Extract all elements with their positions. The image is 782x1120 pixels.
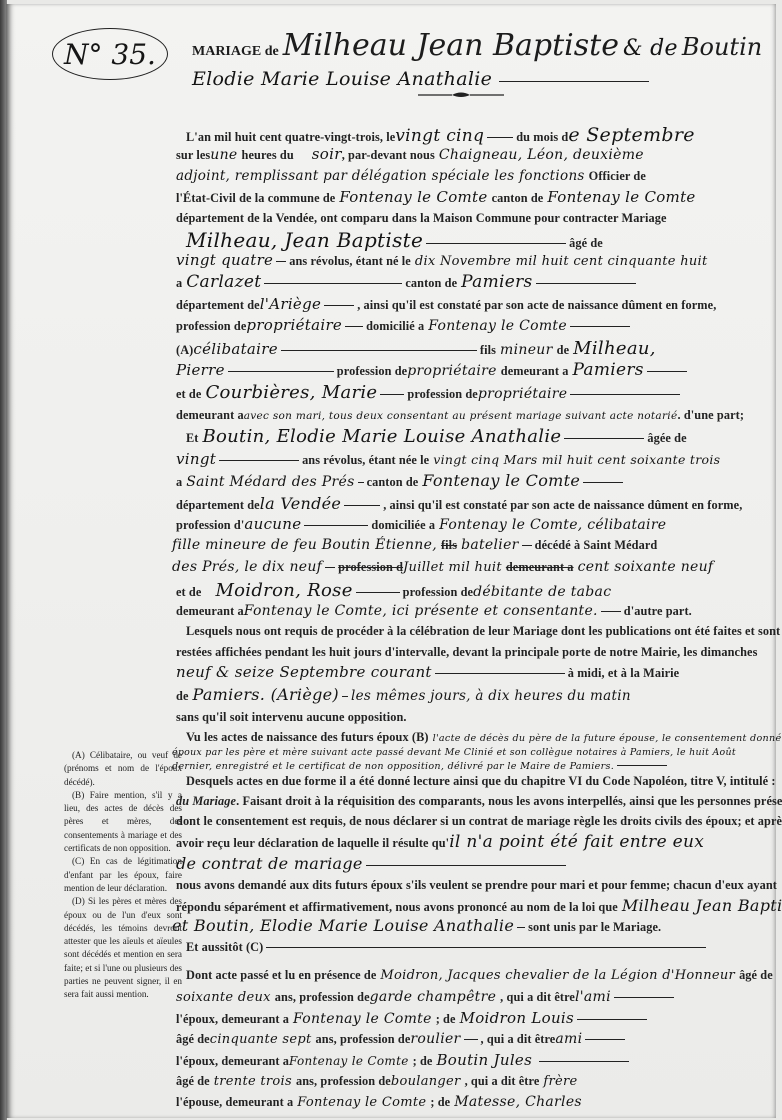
bride-line-7: des Prés, le dix neufprofession dJuillet… — [172, 558, 713, 576]
groom-father-first-field: Pierre — [176, 361, 225, 379]
bride-title-first: Elodie Marie Louise Anathalie — [192, 68, 492, 90]
bride-father-field: fille mineure de feu Boutin Étienne, — [172, 537, 437, 553]
bride-mother-field: Moidron, Rose — [215, 580, 352, 601]
bride-line-9: demeurant aFontenay le Comte, ici présen… — [176, 602, 692, 620]
title-line-2: Elodie Marie Louise Anathalie — [192, 68, 652, 90]
groom-profession-field: propriétaire — [246, 316, 342, 334]
print-text: canton de — [405, 276, 457, 290]
bride-line-6: fille mineure de feu Boutin Étienne, fil… — [172, 536, 657, 554]
title-print: MARIAGE de — [192, 44, 279, 59]
struck-print-text: fils — [441, 538, 457, 552]
bride-profession-field: aucune — [244, 515, 301, 533]
date-line-4: l'État-Civil de la commune de Fontenay l… — [176, 188, 696, 207]
witness-4-name-field: Matesse, Charles — [454, 1094, 582, 1110]
groom-father-residence-field: Pamiers — [572, 360, 643, 380]
publication-hour-field: les mêmes jours, à dix heures du matin — [351, 688, 631, 704]
print-text: Et aussitôt (C) — [186, 940, 263, 954]
print-text: l'épouse, demeurant a — [176, 1095, 293, 1109]
print-text: profession d' — [176, 518, 244, 532]
bride-birth-place-field: Saint Médard des Prés — [186, 474, 354, 490]
witness-1-name-field: Moidron, Jacques chevalier de la Légion … — [380, 968, 735, 983]
print-text: demeurant a — [176, 408, 244, 422]
bride-canton-field: Fontenay le Comte — [422, 471, 580, 490]
note-marker: (A) — [176, 343, 193, 357]
actes-line-11: et Boutin, Elodie Marie Louise Anathalie… — [172, 916, 661, 936]
groom-line-7: Pierreprofession depropriétaire demeuran… — [176, 360, 690, 380]
bride-father-death-date-cont: Juillet mil huit — [403, 560, 502, 575]
print-text: Et — [186, 431, 199, 445]
groom-mother-field: Courbières, Marie — [205, 382, 377, 403]
print-text: ; de — [413, 1054, 433, 1068]
groom-status-field: célibataire — [193, 340, 278, 358]
print-text: ans révolus, étant né le — [289, 254, 411, 268]
bride-age-field: vingt — [176, 450, 216, 468]
witness-line-1: Dont acte passé et lu en présence de Moi… — [186, 966, 773, 984]
witness-line-4: âgé decinquante sept ans, profession der… — [176, 1030, 628, 1048]
print-text: , qui a dit être — [500, 990, 575, 1004]
print-text: d'autre part. — [624, 604, 692, 618]
groom-line-2: vingt quatreans révolus, étant né le dix… — [176, 251, 708, 270]
title-line-1: MARIAGE de Milheau Jean Baptiste & de Bo… — [192, 28, 762, 63]
bride-dept-field: la Vendée — [260, 494, 341, 513]
witness-2-name-field: Moidron Louis — [460, 1009, 574, 1027]
groom-father-prof-field: propriétaire — [407, 363, 497, 379]
print-text: domiciliée a — [371, 518, 435, 532]
groom-line-4: département del'Ariège, ainsi qu'il est … — [176, 295, 716, 314]
witness-line-5: l'époux, demeurant aFontenay le Comte ; … — [176, 1051, 632, 1070]
groom-dept-field: l'Ariège — [260, 295, 321, 313]
print-text: demeurant a — [176, 604, 244, 618]
ornament-divider-icon — [418, 92, 504, 98]
groom-age-field: vingt quatre — [176, 251, 273, 269]
witness-line-2: soixante deux ans, profession degarde ch… — [176, 988, 677, 1006]
contract-field-cont: de contrat de mariage — [176, 854, 363, 873]
print-text: l'époux, demeurant a — [176, 1012, 289, 1026]
groom-canton-field: Pamiers — [461, 272, 532, 292]
groom-line-6: (A)célibatairefils mineur de Milheau, — [176, 338, 656, 359]
publications-line-2: restées affichées pendant les huit jours… — [176, 643, 757, 661]
print-text: , ainsi qu'il est constaté par son acte … — [357, 298, 716, 312]
date-line-1: L'an mil huit cent quatre-vingt-trois, l… — [186, 124, 695, 146]
date-line-5: département de la Vendée, ont comparu da… — [176, 209, 667, 227]
groom-declared-name: Milheau Jean Baptiste — [622, 896, 782, 915]
groom-line-9: demeurant aavec son mari, tous deux cons… — [176, 406, 744, 424]
actes-mention-cont: dernier, enregistré et le certificat de … — [172, 761, 614, 772]
register-page: N° 35. MARIAGE de Milheau Jean Baptiste … — [6, 4, 776, 1118]
date-line-3: adjoint, remplissant par délégation spéc… — [176, 167, 646, 185]
print-text: du mois d — [516, 130, 568, 144]
groom-birth-date-field: dix Novembre mil huit cent cinquante hui… — [415, 254, 708, 269]
actes-line-7: avoir reçu leur déclaration de laquelle … — [176, 832, 704, 852]
hour-field: une — [210, 147, 237, 163]
witness-3-name-field: Boutin Jules — [436, 1051, 532, 1069]
publications-line-4: de Pamiers. (Ariège)les mêmes jours, à d… — [176, 685, 631, 705]
print-text: demeurant a — [501, 364, 569, 378]
print-text: ans, profession de — [316, 1032, 411, 1046]
publications-line-5: sans qu'il soit intervenu aucune opposit… — [176, 708, 407, 726]
note-d: (D) Si les pères et mères des époux ou d… — [64, 895, 182, 1001]
witness-1-residence-field: Fontenay le Comte — [293, 1011, 432, 1027]
bride-father-prof-field: batelier — [461, 537, 519, 553]
act-number-badge: N° 35. — [52, 28, 168, 80]
bride-father-death-date-field: des Prés, le dix neuf — [172, 559, 322, 575]
print-text: avoir reçu leur déclaration de laquelle … — [176, 836, 449, 850]
note-a: (A) Célibataire, ou veuf de (prénoms et … — [64, 749, 182, 789]
print-text: et de — [176, 387, 201, 401]
date-line-2: sur lesune heures du soir, par-devant no… — [176, 145, 644, 164]
witness-line-3: l'époux, demeurant a Fontenay le Comte ;… — [176, 1009, 650, 1028]
print-text: âgé de — [176, 1032, 210, 1046]
bride-title-last: Boutin — [682, 33, 762, 61]
actes-line-6: dont le consentement est requis, de nous… — [176, 812, 782, 830]
print-text: profession de — [407, 387, 477, 401]
bride-mother-prof-field: débitante de tabac — [473, 584, 611, 600]
struck-print-text: demeurant a — [506, 560, 574, 574]
witness-1-prof-field: garde champêtre — [370, 989, 497, 1005]
commune-field: Fontenay le Comte — [339, 188, 487, 206]
aussitot-line: Et aussitôt (C) — [186, 938, 709, 956]
actes-line-10: répondu séparément et affirmativement, n… — [176, 896, 782, 916]
print-text: l'État-Civil de la commune de — [176, 191, 335, 205]
actes-line-5: du Mariage. Faisant droit à la réquisiti… — [176, 792, 782, 810]
bride-line-8: et de Moidron, Roseprofession dedébitant… — [176, 580, 611, 601]
actes-line-8: de contrat de mariage — [176, 854, 569, 874]
groom-line-1: Milheau, Jean Baptisteâgé de — [186, 228, 603, 252]
witness-2-age-field: cinquante sept — [210, 1032, 312, 1047]
print-text: ; de — [430, 1095, 450, 1109]
groom-father-last-field: Milheau, — [573, 338, 656, 359]
actes-line-4: Desquels actes en due forme il a été don… — [186, 772, 776, 790]
print-text: âgé de — [176, 1074, 210, 1088]
witness-1-relation-field: l'ami — [575, 989, 611, 1005]
print-text: , ainsi qu'il est constaté par son acte … — [383, 498, 742, 512]
print-text: à midi, et à la Mairie — [568, 666, 679, 680]
print-text: , qui a dit être — [465, 1074, 540, 1088]
print-text: Desquels actes en due forme il a été don… — [186, 774, 776, 788]
witness-2-relation-field: ami — [555, 1031, 582, 1047]
bride-line-2: vingtans révolus, étant née le vingt cin… — [176, 450, 720, 469]
print-text: âgé de — [739, 968, 773, 982]
print-text: Officier de — [589, 169, 646, 183]
print-text: , par-devant nous — [342, 148, 435, 162]
contract-field: il n'a point été fait entre eux — [449, 832, 704, 852]
margin-notes: (A) Célibataire, ou veuf de (prénoms et … — [64, 749, 182, 1002]
month-field: e Septembre — [568, 124, 694, 146]
print-text: décédé à Saint Médard — [535, 538, 658, 552]
bride-domicile-field: Fontenay le Comte, célibataire — [439, 517, 666, 533]
publications-line-3: neuf & seize Septembre courantà midi, et… — [176, 663, 679, 682]
bride-name-field: Boutin, Elodie Marie Louise Anathalie — [203, 426, 562, 447]
bride-line-4: département dela Vendée, ainsi qu'il est… — [176, 494, 742, 514]
print-text: . d'une part; — [677, 408, 744, 422]
bride-line-1: Et Boutin, Elodie Marie Louise Anathalie… — [186, 426, 687, 447]
groom-domicile-field: Fontenay le Comte — [428, 318, 567, 334]
print-text: l'époux, demeurant a — [176, 1054, 289, 1068]
print-text: fils — [480, 343, 496, 357]
print-text: profession de — [176, 319, 246, 333]
print-text: sont unis par le Mariage. — [528, 920, 661, 934]
groom-line-3: a Carlazetcanton de Pamiers — [176, 272, 639, 292]
note-b: (B) Faire mention, s'il y a lieu, des ac… — [64, 789, 182, 855]
witness-line-6: âgé de trente trois ans, profession debo… — [176, 1072, 578, 1090]
day-field: vingt cinq — [395, 126, 484, 146]
groom-birth-place-field: Carlazet — [186, 272, 261, 292]
print-text: a — [176, 276, 182, 290]
officer-field: Chaigneau, Léon, deuxième — [439, 147, 644, 163]
title-and: & de — [623, 36, 678, 61]
witness-3-residence-field: Fontenay le Comte — [297, 1095, 426, 1110]
act-number: N° 35. — [64, 38, 156, 71]
print-text: Lesquels nous ont requis de procéder à l… — [186, 624, 780, 638]
bride-declared-name: et Boutin, Elodie Marie Louise Anathalie — [172, 916, 514, 935]
bride-line-5: profession d'aucunedomiciliée a Fontenay… — [176, 515, 666, 534]
print-italic: du Mariage — [176, 794, 236, 808]
print-text: dont le consentement est requis, de nous… — [176, 814, 782, 828]
groom-line-5: profession depropriétairedomicilié a Fon… — [176, 316, 633, 335]
print-text: heures du — [242, 148, 294, 162]
struck-print-text: profession d — [338, 560, 403, 574]
witness-2-prof-field: roulier — [410, 1031, 460, 1047]
groom-mother-prof-field: propriétaire — [478, 386, 568, 402]
print-text: Dont acte passé et lu en présence de — [186, 968, 376, 982]
groom-mother-residence-field: avec son mari, tous deux consentant au p… — [244, 410, 678, 422]
print-text: âgée de — [647, 431, 686, 445]
delegation-field: adjoint, remplissant par délégation spéc… — [176, 168, 585, 184]
print-text: restées affichées pendant les huit jours… — [176, 645, 757, 659]
canton-field: Fontenay le Comte — [547, 188, 695, 206]
print-text: a — [176, 475, 182, 489]
print-text: de — [176, 689, 189, 703]
print-text: , qui a dit être — [481, 1032, 556, 1046]
groom-minor-field: mineur — [500, 342, 553, 358]
print-text: de — [557, 343, 570, 357]
print-text: répondu séparément et affirmativement, n… — [176, 900, 618, 914]
print-text: âgé de — [569, 236, 603, 250]
print-text: profession de — [403, 585, 473, 599]
print-text: canton de — [492, 191, 544, 205]
print-text: . Faisant droit à la réquisition des com… — [236, 794, 782, 808]
groom-title-name: Milheau Jean Baptiste — [283, 28, 619, 63]
bride-birth-date-field: vingt cinq Mars mil huit cent soixante t… — [433, 452, 720, 467]
print-text: profession de — [337, 364, 407, 378]
witness-3-relation-field: frère — [543, 1074, 577, 1089]
print-text: et de — [176, 585, 201, 599]
print-text: domicilié a — [366, 319, 424, 333]
witness-2-residence-field: Fontenay le Comte — [289, 1054, 409, 1068]
publication-dates-field: neuf & seize Septembre courant — [176, 663, 432, 681]
print-text: département de la Vendée, ont comparu da… — [176, 211, 667, 225]
witness-3-age-field: trente trois — [214, 1074, 292, 1089]
bride-father-death-year: cent soixante neuf — [578, 559, 714, 575]
note-c: (C) En cas de légitimation d'enfant par … — [64, 855, 182, 895]
print-text: L'an mil huit cent quatre-vingt-trois, l… — [186, 130, 395, 144]
actes-line-9: nous avons demandé aux dits futurs époux… — [176, 876, 777, 894]
print-text: sans qu'il soit intervenu aucune opposit… — [176, 710, 407, 724]
print-text: sur les — [176, 148, 210, 162]
print-text: département de — [176, 498, 260, 512]
print-text: nous avons demandé aux dits futurs époux… — [176, 878, 777, 892]
publications-line-1: Lesquels nous ont requis de procéder à l… — [186, 622, 780, 640]
print-text: ans, profession de — [296, 1074, 391, 1088]
witness-line-7: l'épouse, demeurant a Fontenay le Comte … — [176, 1093, 582, 1111]
bride-mother-residence-field: Fontenay le Comte, ici présente et conse… — [244, 603, 598, 619]
print-text: département de — [176, 298, 260, 312]
print-text: canton de — [367, 475, 419, 489]
groom-name-field: Milheau, Jean Baptiste — [186, 228, 423, 252]
period-field: soir — [312, 145, 342, 163]
publication-mairie-field: Pamiers. (Ariège) — [193, 685, 339, 704]
bride-line-3: a Saint Médard des Préscanton de Fontena… — [176, 471, 626, 491]
witness-1-age-field: soixante deux — [176, 990, 271, 1005]
print-text: ans révolus, étant née le — [302, 453, 429, 467]
witness-3-prof-field: boulanger — [391, 1074, 461, 1089]
print-text: ans, profession de — [275, 990, 370, 1004]
groom-line-8: et de Courbières, Marieprofession deprop… — [176, 382, 683, 403]
print-text: ; de — [436, 1012, 456, 1026]
